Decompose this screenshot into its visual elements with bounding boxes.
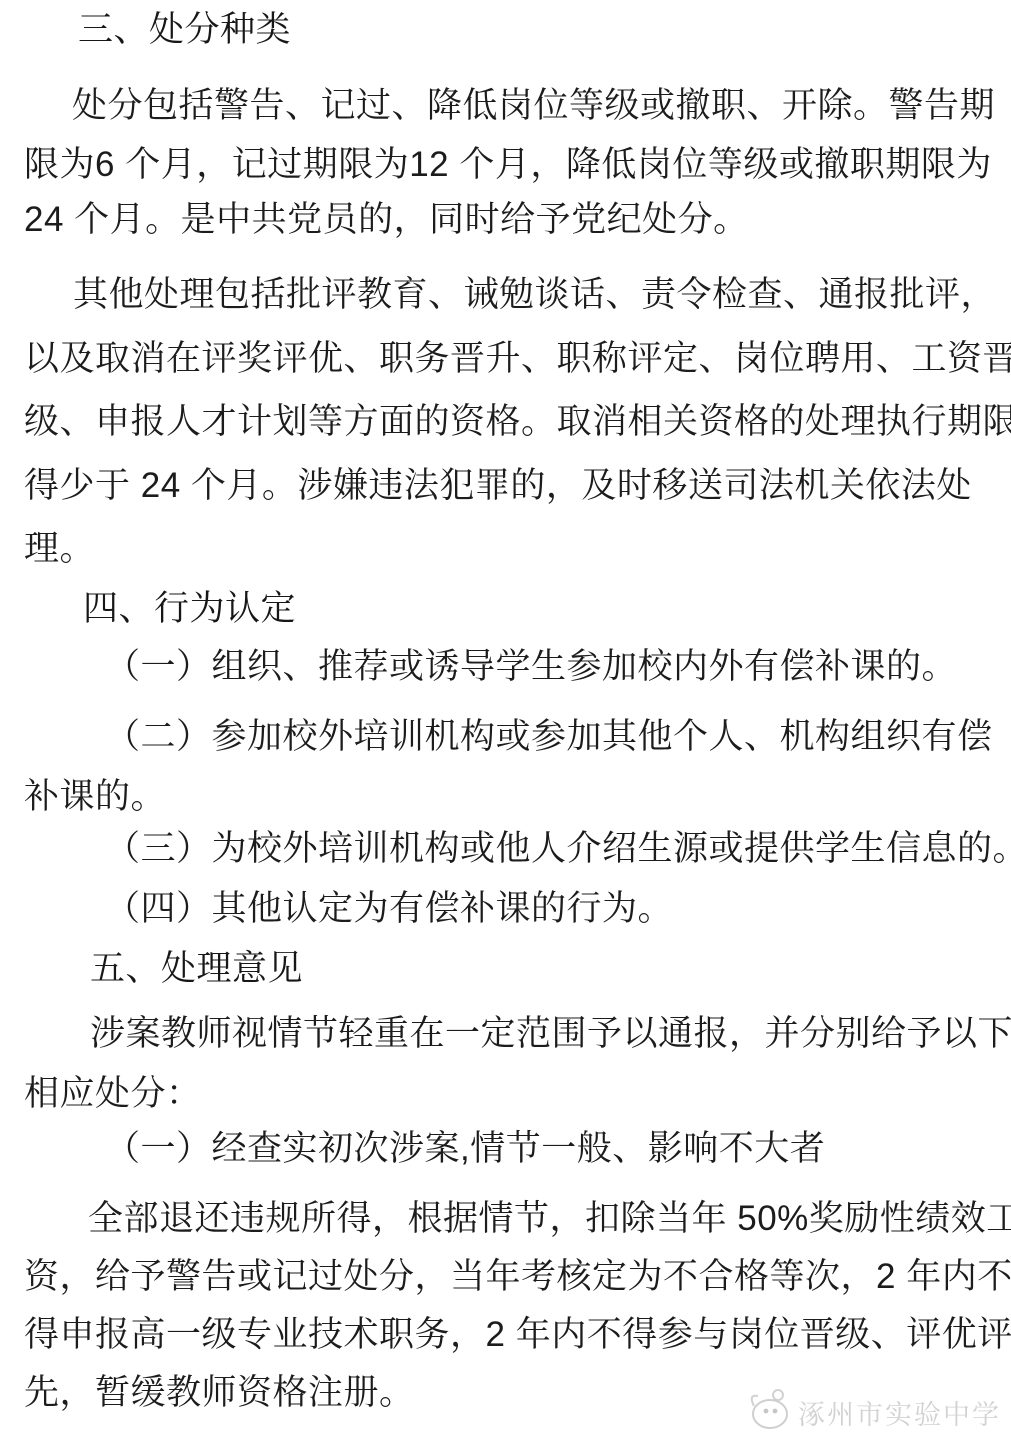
paragraph-handling-line-1: 涉案教师视情节轻重在一定范围予以通报，并分别给予以下 xyxy=(90,1012,1011,1056)
paragraph-other-measures-line-2: 以及取消在评奖评优、职务晋升、职称评定、岗位聘用、工资晋 xyxy=(24,337,1011,381)
paragraph-first-offense-line-4: 先，暂缓教师资格注册。 xyxy=(24,1371,415,1415)
behavior-item-3-line: （三）为校外培训机构或他人介绍生源或提供学生信息的。 xyxy=(105,827,1011,871)
paragraph-other-measures-line-1: 其他处理包括批评教育、诫勉谈话、责令检查、通报批评， xyxy=(73,273,996,317)
paragraph-handling-line-2: 相应处分： xyxy=(24,1072,202,1116)
paragraph-other-measures-line-3: 级、申报人才计划等方面的资格。取消相关资格的处理执行期限不 xyxy=(24,400,1011,444)
watermark-label: 涿州市实验中学 xyxy=(798,1393,1001,1432)
watermark: 涿州市实验中学 xyxy=(744,1386,1001,1439)
section-heading-5: 五、处理意见 xyxy=(90,947,303,991)
section-heading-3: 三、处分种类 xyxy=(78,8,291,52)
paragraph-first-offense-line-2: 资，给予警告或记过处分，当年考核定为不合格等次，2 年内不 xyxy=(24,1255,1011,1299)
paragraph-punishment-types-line-3: 24 个月。是中共党员的，同时给予党纪处分。 xyxy=(24,198,749,242)
behavior-item-4-line: （四）其他认定为有偿补课的行为。 xyxy=(105,887,673,931)
paragraph-other-measures-line-4: 得少于 24 个月。涉嫌违法犯罪的，及时移送司法机关依法处 xyxy=(24,464,972,508)
paragraph-other-measures-line-5: 理。 xyxy=(24,527,95,571)
behavior-item-1-line: （一）组织、推荐或诱导学生参加校内外有偿补课的。 xyxy=(105,645,957,689)
paragraph-first-offense-line-1: 全部退还违规所得，根据情节，扣除当年 50%奖励性绩效工 xyxy=(88,1197,1011,1241)
section-heading-4: 四、行为认定 xyxy=(83,587,296,631)
school-mascot-icon xyxy=(744,1386,794,1439)
handling-item-1-line: （一）经查实初次涉案,情节一般、影响不大者 xyxy=(105,1127,825,1171)
paragraph-first-offense-line-3: 得申报高一级专业技术职务，2 年内不得参与岗位晋级、评优评 xyxy=(24,1313,1011,1357)
behavior-item-2-line-1: （二）参加校外培训机构或参加其他个人、机构组织有偿 xyxy=(105,715,993,759)
document-page: 三、处分种类 处分包括警告、记过、降低岗位等级或撤职、开除。警告期 限为6 个月… xyxy=(0,0,1011,1456)
paragraph-punishment-types-line-1: 处分包括警告、记过、降低岗位等级或撤职、开除。警告期 xyxy=(72,84,995,128)
paragraph-punishment-types-line-2: 限为6 个月，记过期限为12 个月，降低岗位等级或撤职期限为 xyxy=(24,143,992,187)
behavior-item-2-line-2: 补课的。 xyxy=(24,775,166,819)
